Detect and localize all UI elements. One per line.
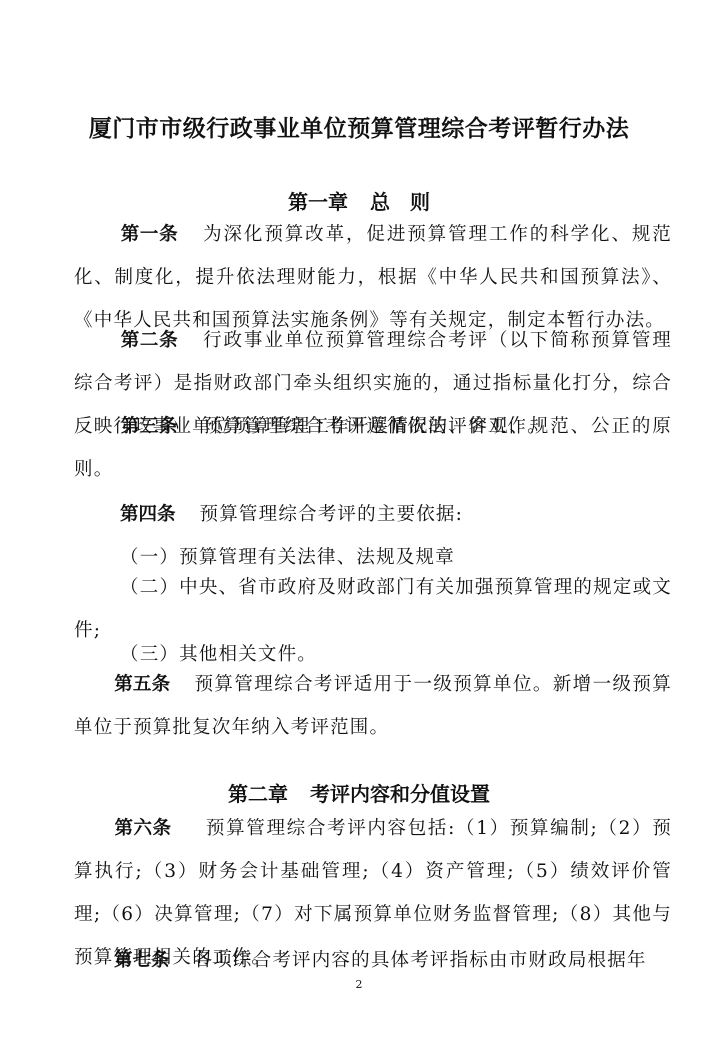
document-page: 厦门市市级行政事业单位预算管理综合考评暂行办法 第一章总 则 第一条为深化预算改… (0, 0, 718, 1047)
article-text: 预算管理综合考评的主要依据: (200, 504, 464, 525)
article-label: 第四条 (120, 504, 176, 525)
article-3: 第三条预算管理综合考评遵循依法、客观、规范、公正的原则。 (74, 405, 672, 491)
document-title: 厦门市市级行政事业单位预算管理综合考评暂行办法 (0, 110, 718, 143)
page-number: 2 (0, 978, 718, 991)
article-label: 第一条 (120, 224, 178, 245)
chapter-heading-1: 第一章总 则 (0, 186, 718, 215)
chapter-name: 总 则 (370, 190, 430, 214)
chapter-name: 考评内容和分值设置 (310, 782, 490, 806)
article-label: 第三条 (120, 416, 178, 437)
article-7: 第七条各项综合考评内容的具体考评指标由市财政局根据年 (114, 946, 647, 972)
article-5: 第五条预算管理综合考评适用于一级预算单位。新增一级预算单位于预算批复次年纳入考评… (74, 663, 672, 749)
article-label: 第二条 (120, 330, 178, 351)
article-4: 第四条预算管理综合考评的主要依据: (120, 500, 463, 526)
article-label: 第五条 (114, 674, 170, 695)
chapter-label: 第二章 (228, 782, 288, 806)
chapter-heading-2: 第二章考评内容和分值设置 (0, 778, 718, 807)
article-text: 各项综合考评内容的具体考评指标由市财政局根据年 (194, 950, 647, 971)
chapter-label: 第一章 (288, 190, 348, 214)
article-label: 第七条 (114, 950, 170, 971)
article-label: 第六条 (114, 818, 171, 839)
